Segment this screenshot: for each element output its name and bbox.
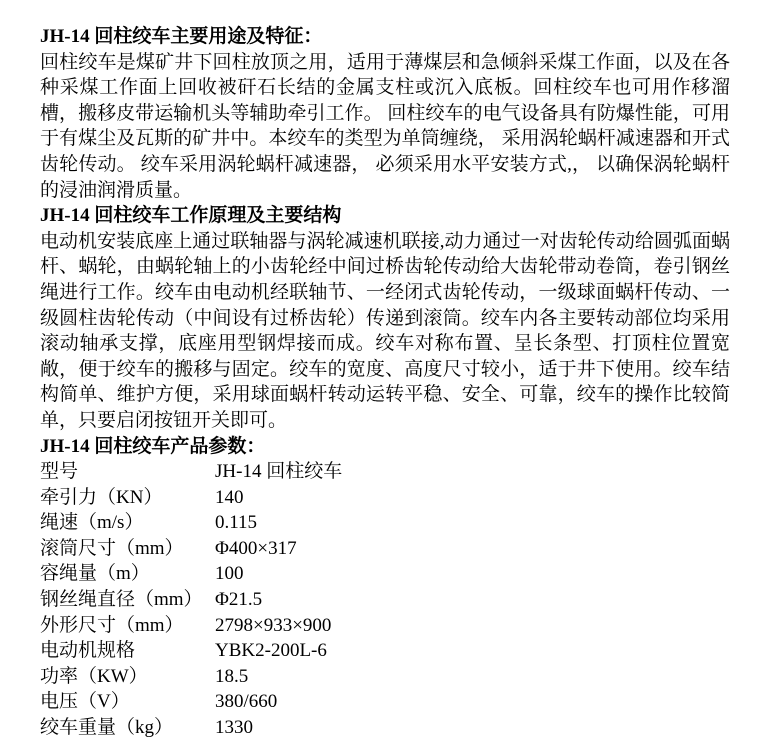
spec-label: 电动机规格 xyxy=(40,638,215,664)
spec-value: 0.115 xyxy=(215,510,730,536)
spec-label: 滚筒尺寸（mm） xyxy=(40,536,215,562)
usage-heading: JH-14 回柱绞车主要用途及特征： xyxy=(40,24,730,50)
spec-row-model: 型号 JH-14 回柱绞车 xyxy=(40,459,730,485)
spec-row-rope-diameter: 钢丝绳直径（mm） Φ21.5 xyxy=(40,587,730,613)
spec-row-rope-speed: 绳速（m/s） 0.115 xyxy=(40,510,730,536)
spec-row-voltage: 电压（V） 380/660 xyxy=(40,689,730,715)
spec-label: 牵引力（KN） xyxy=(40,485,215,511)
spec-row-overall-dimensions: 外形尺寸（mm） 2798×933×900 xyxy=(40,613,730,639)
spec-label: 绞车重量（kg） xyxy=(40,715,215,741)
spec-value: 1330 xyxy=(215,715,730,741)
spec-label: 绳速（m/s） xyxy=(40,510,215,536)
spec-value: Φ21.5 xyxy=(215,587,730,613)
spec-value: 140 xyxy=(215,485,730,511)
params-heading: JH-14 回柱绞车产品参数： xyxy=(40,434,730,460)
spec-value: 18.5 xyxy=(215,664,730,690)
spec-table: 型号 JH-14 回柱绞车 牵引力（KN） 140 绳速（m/s） 0.115 … xyxy=(40,459,730,741)
spec-value: YBK2-200L-6 xyxy=(215,638,730,664)
spec-value: Φ400×317 xyxy=(215,536,730,562)
spec-label: 功率（KW） xyxy=(40,664,215,690)
spec-label: 容绳量（m） xyxy=(40,561,215,587)
usage-paragraph: 回柱绞车是煤矿井下回柱放顶之用，适用于薄煤层和急倾斜采煤工作面，以及在各种采煤工… xyxy=(40,50,730,204)
spec-label: 外形尺寸（mm） xyxy=(40,613,215,639)
principle-paragraph: 电动机安装底座上通过联轴器与涡轮减速机联接,动力通过一对齿轮传动给圆弧面蜗杆、蜗… xyxy=(40,229,730,434)
spec-value: 2798×933×900 xyxy=(215,613,730,639)
spec-row-traction-force: 牵引力（KN） 140 xyxy=(40,485,730,511)
spec-row-motor-model: 电动机规格 YBK2-200L-6 xyxy=(40,638,730,664)
spec-value: 380/660 xyxy=(215,689,730,715)
spec-label: 钢丝绳直径（mm） xyxy=(40,587,215,613)
spec-row-winch-weight: 绞车重量（kg） 1330 xyxy=(40,715,730,741)
spec-value: JH-14 回柱绞车 xyxy=(215,459,730,485)
spec-label: 型号 xyxy=(40,459,215,485)
spec-row-power: 功率（KW） 18.5 xyxy=(40,664,730,690)
spec-row-drum-size: 滚筒尺寸（mm） Φ400×317 xyxy=(40,536,730,562)
spec-label: 电压（V） xyxy=(40,689,215,715)
spec-row-rope-capacity: 容绳量（m） 100 xyxy=(40,561,730,587)
principle-heading: JH-14 回柱绞车工作原理及主要结构 xyxy=(40,203,730,229)
spec-value: 100 xyxy=(215,561,730,587)
document-page: JH-14 回柱绞车主要用途及特征： 回柱绞车是煤矿井下回柱放顶之用，适用于薄煤… xyxy=(0,0,770,741)
